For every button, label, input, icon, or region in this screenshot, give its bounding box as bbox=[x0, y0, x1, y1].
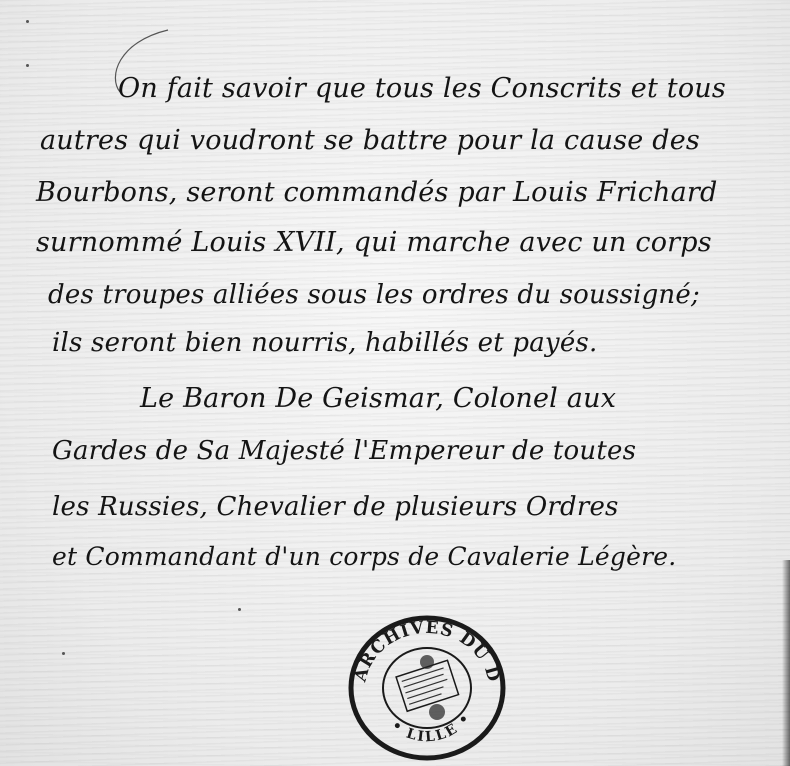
paper-speck bbox=[62, 652, 65, 655]
signature-line-1: Le Baron De Geismar, Colonel aux bbox=[140, 382, 616, 416]
page-edge-shadow bbox=[782, 560, 790, 766]
paper-speck bbox=[26, 64, 29, 67]
paper-speck bbox=[238, 608, 241, 611]
body-line-6: ils seront bien nourris, habillés et pay… bbox=[52, 326, 597, 360]
body-line-2: autres qui voudront se battre pour la ca… bbox=[40, 124, 700, 158]
archive-stamp: ARCHIVES DU DEPT DU NORD • LILLE • bbox=[343, 612, 509, 762]
paper-speck bbox=[26, 20, 29, 23]
body-line-3: Bourbons, seront commandés par Louis Fri… bbox=[36, 176, 718, 210]
body-line-1: On fait savoir que tous les Conscrits et… bbox=[118, 72, 726, 106]
signature-line-4: et Commandant d'un corps de Cavalerie Lé… bbox=[52, 540, 676, 574]
body-line-5: des troupes alliées sous les ordres du s… bbox=[48, 278, 700, 312]
signature-line-3: les Russies, Chevalier de plusieurs Ordr… bbox=[52, 490, 619, 524]
stamp-seal-icon: ARCHIVES DU DEPT DU NORD • LILLE • bbox=[343, 612, 509, 762]
signature-line-2: Gardes de Sa Majesté l'Empereur de toute… bbox=[52, 434, 636, 468]
body-line-4: surnommé Louis XVII, qui marche avec un … bbox=[36, 226, 712, 260]
